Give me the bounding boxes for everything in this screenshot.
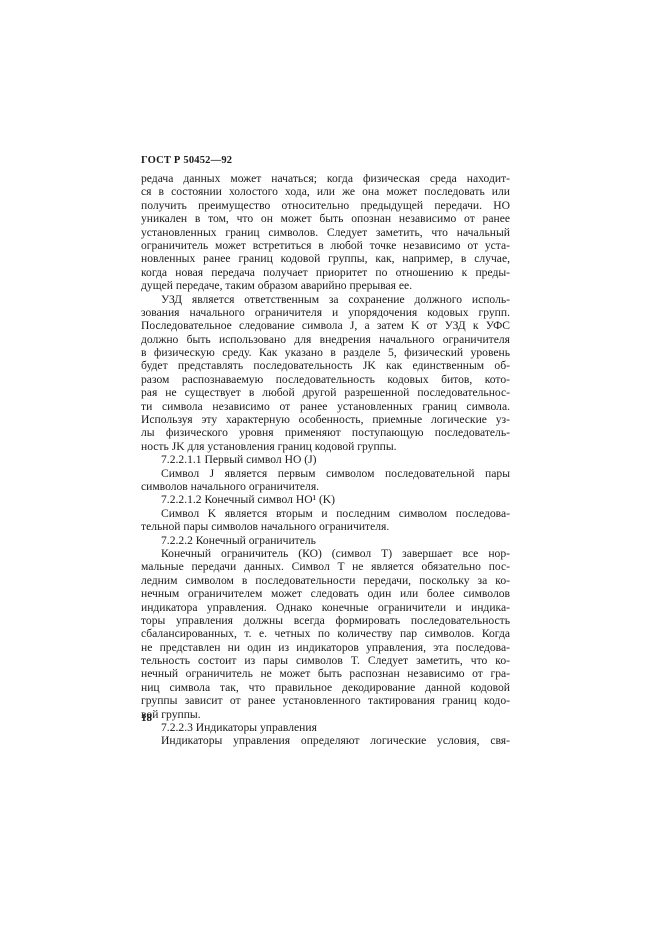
section-heading: 7.2.2.1.1 Первый символ НО (J)	[141, 453, 510, 466]
text-line: будет представлять последовательность JK…	[141, 359, 510, 372]
text-line: получить преимущество относительно преды…	[141, 199, 510, 212]
text-line: новленных ранее границ кодовой группы, к…	[141, 252, 510, 265]
text-line: ледним символом в последовательности пер…	[141, 574, 510, 587]
text-line: нечный ограничитель не может быть распоз…	[141, 667, 510, 680]
text-line: индикатора управления. Однако конечные о…	[141, 601, 510, 614]
text-line: ся в состоянии холостого хода, или же он…	[141, 185, 510, 198]
text-line: ограничитель может встретиться в любой т…	[141, 239, 510, 252]
text-line: торы управления должны всегда формироват…	[141, 614, 510, 627]
text-line: дущей передаче, таким образом аварийно п…	[141, 279, 510, 292]
text-line: рая не существует в любой другой разреше…	[141, 386, 510, 399]
body-text: редача данных может начаться; когда физи…	[141, 172, 510, 748]
section-heading: 7.2.2.3 Индикаторы управления	[141, 721, 510, 734]
section-heading: 7.2.2.1.2 Конечный символ НО¹ (K)	[141, 493, 510, 506]
text-line: лы физического уровня применяют поступаю…	[141, 426, 510, 439]
text-line: Конечный ограничитель (КО) (символ T) за…	[141, 547, 510, 560]
section-heading: 7.2.2.2 Конечный ограничитель	[141, 534, 510, 547]
text-line: Символ J является первым символом послед…	[141, 467, 510, 480]
text-line: ниц символа так, что правильное декодиро…	[141, 681, 510, 694]
text-line: мальные передачи данных. Символ T не явл…	[141, 560, 510, 573]
text-line: тельной пары символов начального огранич…	[141, 520, 510, 533]
text-line: редача данных может начаться; когда физи…	[141, 172, 510, 185]
text-line: Индикаторы управления определяют логичес…	[141, 734, 510, 747]
text-line: в физическую среду. Как указано в раздел…	[141, 346, 510, 359]
text-line: символов начального ограничителя.	[141, 480, 510, 493]
text-line: должно быть использовано для внедрения н…	[141, 333, 510, 346]
text-line: группы зависит от ранее установленного т…	[141, 694, 510, 707]
text-line: Используя эту характерную особенность, п…	[141, 413, 510, 426]
text-line: не представлен ни один из индикаторов уп…	[141, 641, 510, 654]
text-line: Последовательное следование символа J, а…	[141, 319, 510, 332]
text-line: установленных границ символов. Следует з…	[141, 226, 510, 239]
text-line: разом распознаваемую последовательность …	[141, 373, 510, 386]
text-line: сбалансированных, т. е. четных по количе…	[141, 627, 510, 640]
text-line: Символ K является вторым и последним сим…	[141, 507, 510, 520]
text-line: когда новая передача получает приоритет …	[141, 266, 510, 279]
text-line: зования начального ограничителя и упоряд…	[141, 306, 510, 319]
text-line: вой группы.	[141, 708, 510, 721]
document-page: ГОСТ Р 50452—92 редача данных может нача…	[0, 0, 661, 935]
text-line: ти символа независимо от ранее установле…	[141, 400, 510, 413]
text-line: тельность состоит из пары символов T. Сл…	[141, 654, 510, 667]
page-number: 18	[141, 712, 152, 724]
running-head: ГОСТ Р 50452—92	[141, 155, 232, 166]
text-line: УЗД является ответственным за сохранение…	[141, 293, 510, 306]
text-line: уникален в том, что он может быть опозна…	[141, 212, 510, 225]
text-line: ность JK для установления границ кодовой…	[141, 440, 510, 453]
text-line: нечным ограничителем может следовать оди…	[141, 587, 510, 600]
